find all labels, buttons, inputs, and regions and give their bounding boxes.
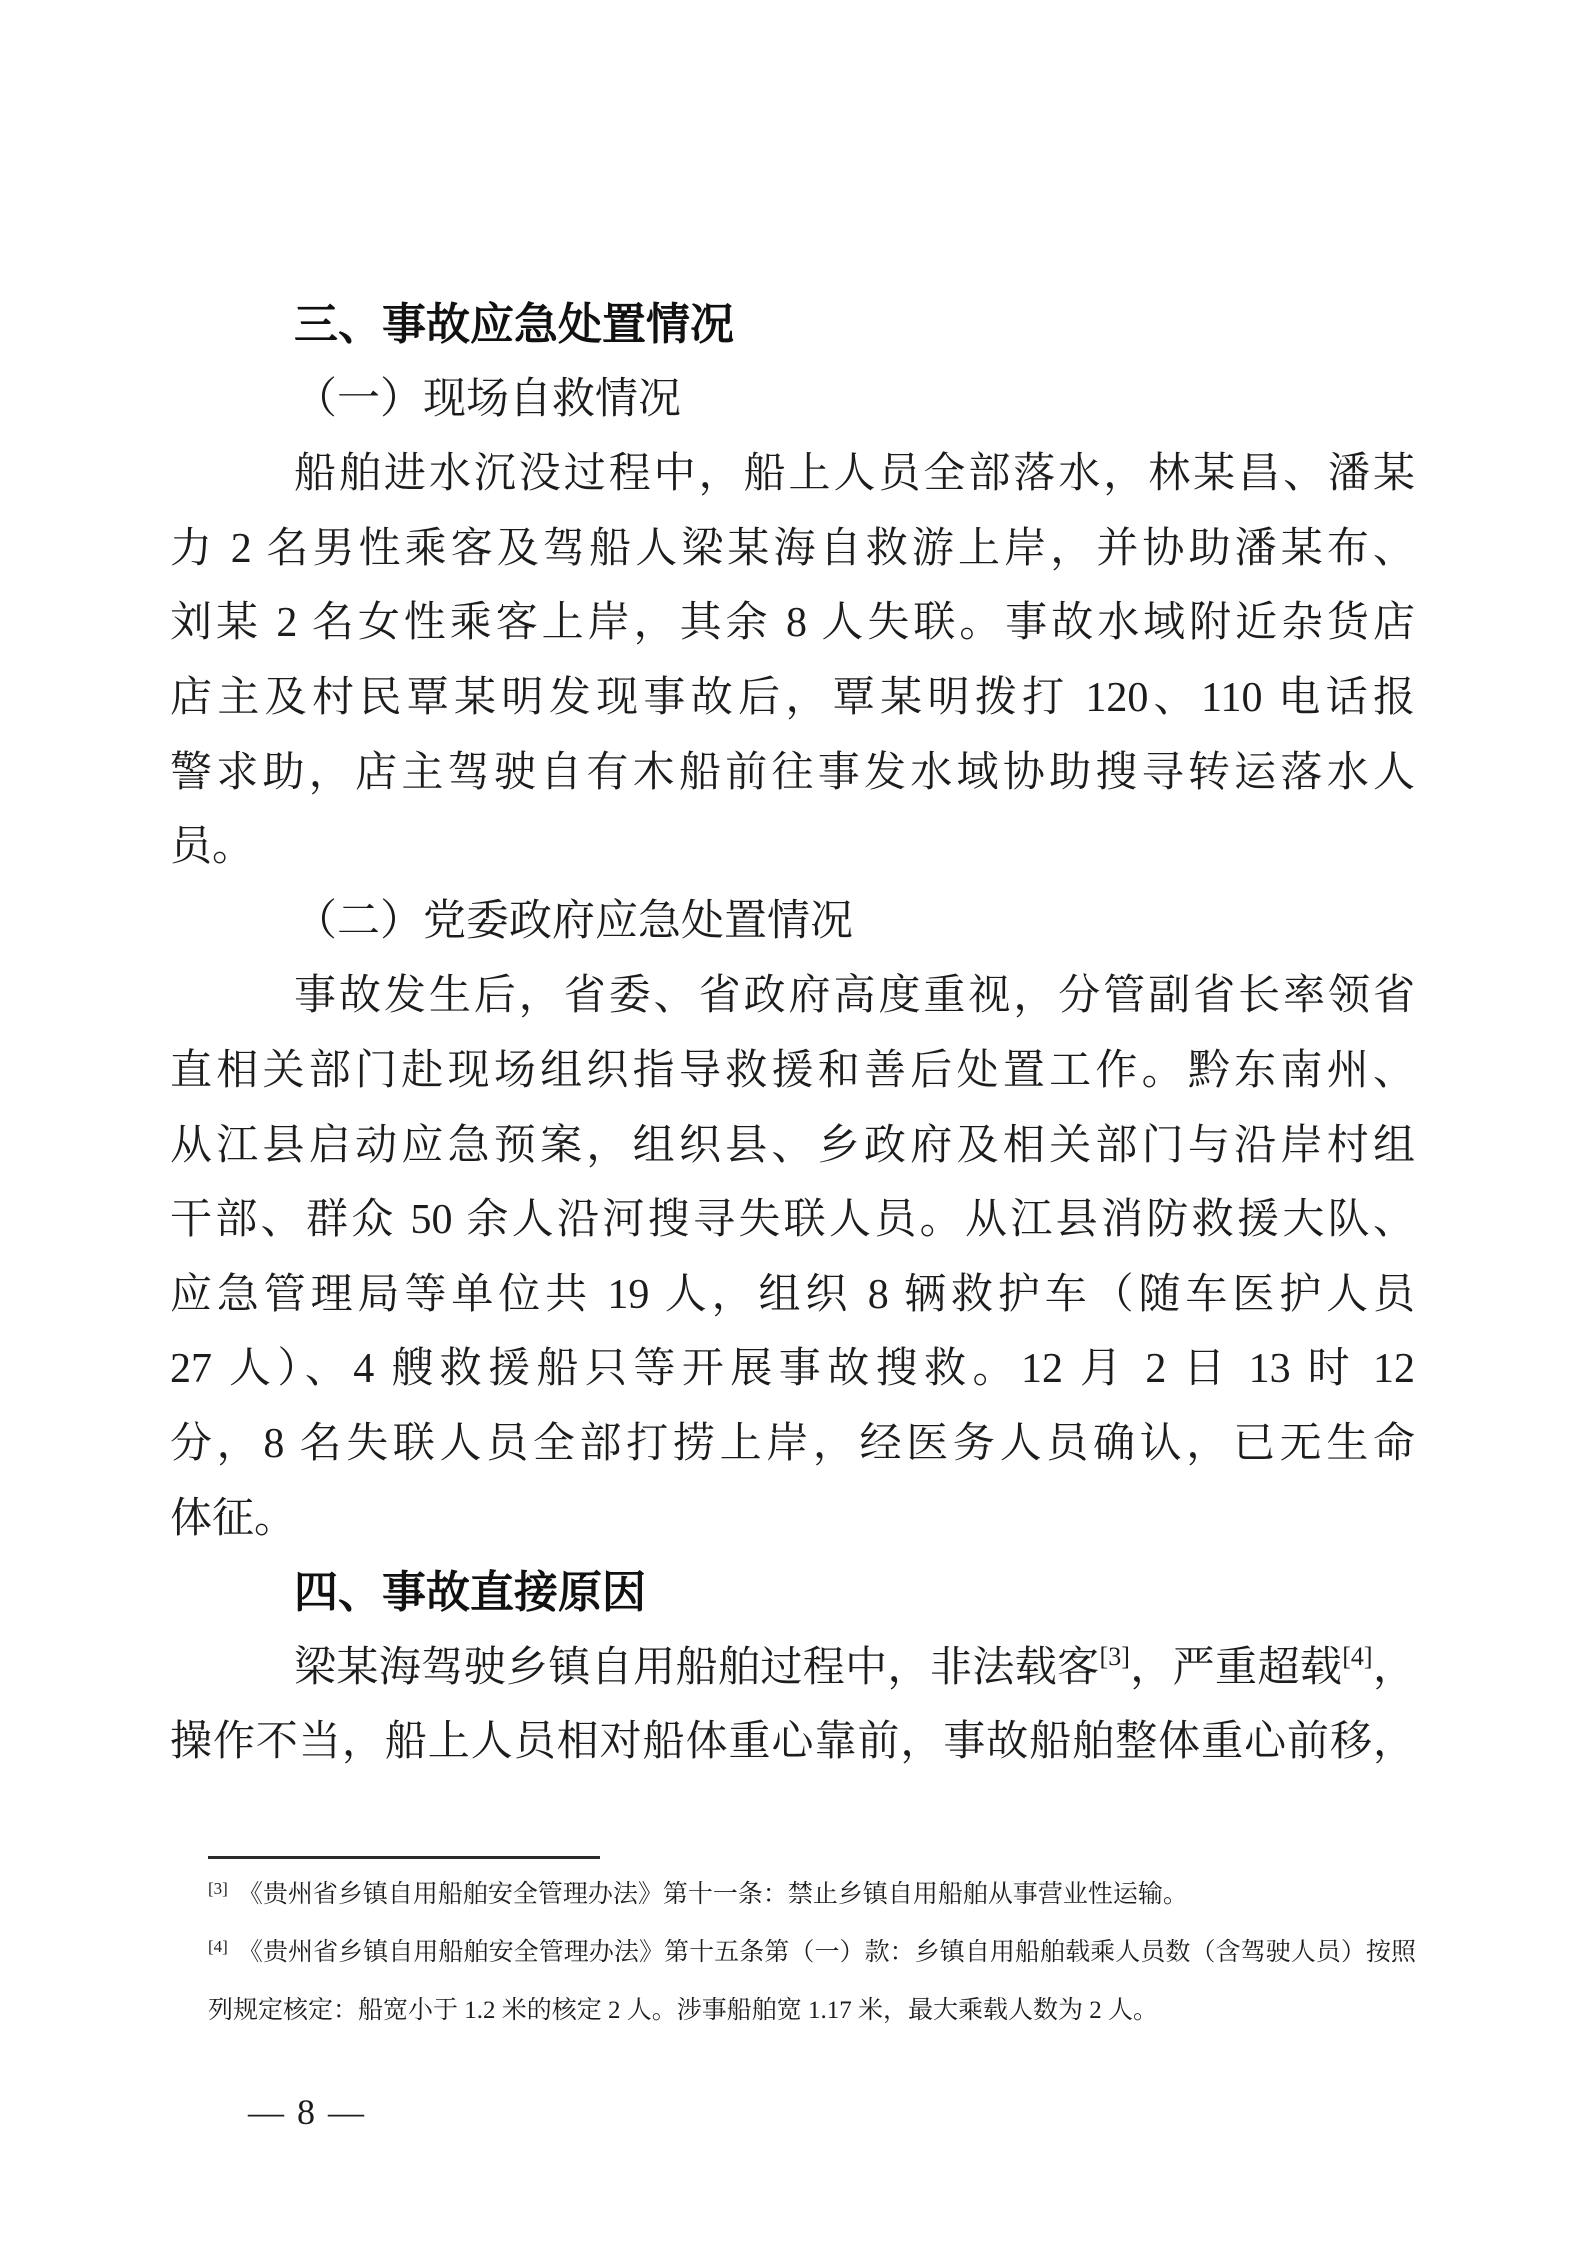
paragraph-line: 直相关部门赴现场组织指导救援和善后处置工作。黔东南州、 <box>170 1034 1415 1109</box>
paragraph-line: 警求助，店主驾驶自有木船前往事发水域协助搜寻转运落水人 <box>170 736 1415 811</box>
footnote-separator <box>208 1856 600 1859</box>
footnotes: [3]《贵州省乡镇自用船舶安全管理办法》第十一条：禁止乡镇自用船舶从事营业性运输… <box>208 1866 1416 2040</box>
footnote-ref-3: [3] <box>1100 1642 1130 1671</box>
paragraph-text: 梁某海驾驶乡镇自用船舶过程中，非法载客 <box>294 1645 1100 1691</box>
paragraph-line: 刘某 2 名女性乘客上岸，其余 8 人失联。事故水域附近杂货店 <box>170 586 1415 661</box>
document-body: 三、事故应急处置情况 （一）现场自救情况 船舶进水沉没过程中，船上人员全部落水，… <box>170 288 1415 1780</box>
footnote-4: [4]《贵州省乡镇自用船舶安全管理办法》第十五条第（一）款：乡镇自用船舶载乘人员… <box>208 1924 1416 1982</box>
paragraph-line: 操作不当，船上人员相对船体重心靠前，事故船舶整体重心前移， <box>170 1705 1415 1780</box>
page-number: — 8 — <box>248 2090 366 2134</box>
footnote-4-text: 《贵州省乡镇自用船舶安全管理办法》第十五条第（一）款：乡镇自用船舶载乘人员数（含… <box>208 1939 1416 1982</box>
paragraph-line: 事故发生后，省委、省政府高度重视，分管副省长率领省 <box>170 959 1415 1034</box>
footnote-3-text: 《贵州省乡镇自用船舶安全管理办法》第十一条：禁止乡镇自用船舶从事营业性运输。 <box>238 1881 1188 1908</box>
section-heading-3: 三、事故应急处置情况 <box>170 288 1415 363</box>
footnote-ref-4: [4] <box>1342 1642 1372 1671</box>
footnote-4-marker: [4] <box>208 1937 228 1956</box>
paragraph-line: 力 2 名男性乘客及驾船人梁某海自救游上岸，并协助潘某布、 <box>170 512 1415 587</box>
document-page: 三、事故应急处置情况 （一）现场自救情况 船舶进水沉没过程中，船上人员全部落水，… <box>0 0 1587 2245</box>
paragraph-line: 员。 <box>170 810 1415 885</box>
paragraph-text: ，严重超载 <box>1130 1645 1342 1691</box>
paragraph-line: 从江县启动应急预案，组织县、乡政府及相关部门与沿岸村组 <box>170 1109 1415 1184</box>
paragraph-line: 分，8 名失联人员全部打捞上岸，经医务人员确认，已无生命 <box>170 1407 1415 1482</box>
footnote-3: [3]《贵州省乡镇自用船舶安全管理办法》第十一条：禁止乡镇自用船舶从事营业性运输… <box>208 1866 1416 1924</box>
paragraph-line: 应急管理局等单位共 19 人，组织 8 辆救护车（随车医护人员 <box>170 1258 1415 1333</box>
paragraph-line: 干部、群众 50 余人沿河搜寻失联人员。从江县消防救援大队、 <box>170 1183 1415 1258</box>
subsection-heading-2: （二）党委政府应急处置情况 <box>170 885 1415 960</box>
paragraph-line: 27 人）、4 艘救援船只等开展事故搜救。12 月 2 日 13 时 12 <box>170 1332 1415 1407</box>
paragraph-line: 体征。 <box>170 1482 1415 1557</box>
paragraph-line: 船舶进水沉没过程中，船上人员全部落水，林某昌、潘某 <box>170 437 1415 512</box>
paragraph-text: ， <box>1373 1645 1415 1691</box>
section-heading-4: 四、事故直接原因 <box>170 1556 1415 1631</box>
subsection-heading-1: （一）现场自救情况 <box>170 363 1415 438</box>
paragraph-line: 梁某海驾驶乡镇自用船舶过程中，非法载客[3]，严重超载[4]， <box>170 1631 1415 1706</box>
paragraph-line: 店主及村民覃某明发现事故后，覃某明拨打 120、110 电话报 <box>170 661 1415 736</box>
footnote-3-marker: [3] <box>208 1879 228 1898</box>
footnote-4-continued: 列规定核定：船宽小于 1.2 米的核定 2 人。涉事船舶宽 1.17 米，最大乘… <box>208 1982 1416 2040</box>
